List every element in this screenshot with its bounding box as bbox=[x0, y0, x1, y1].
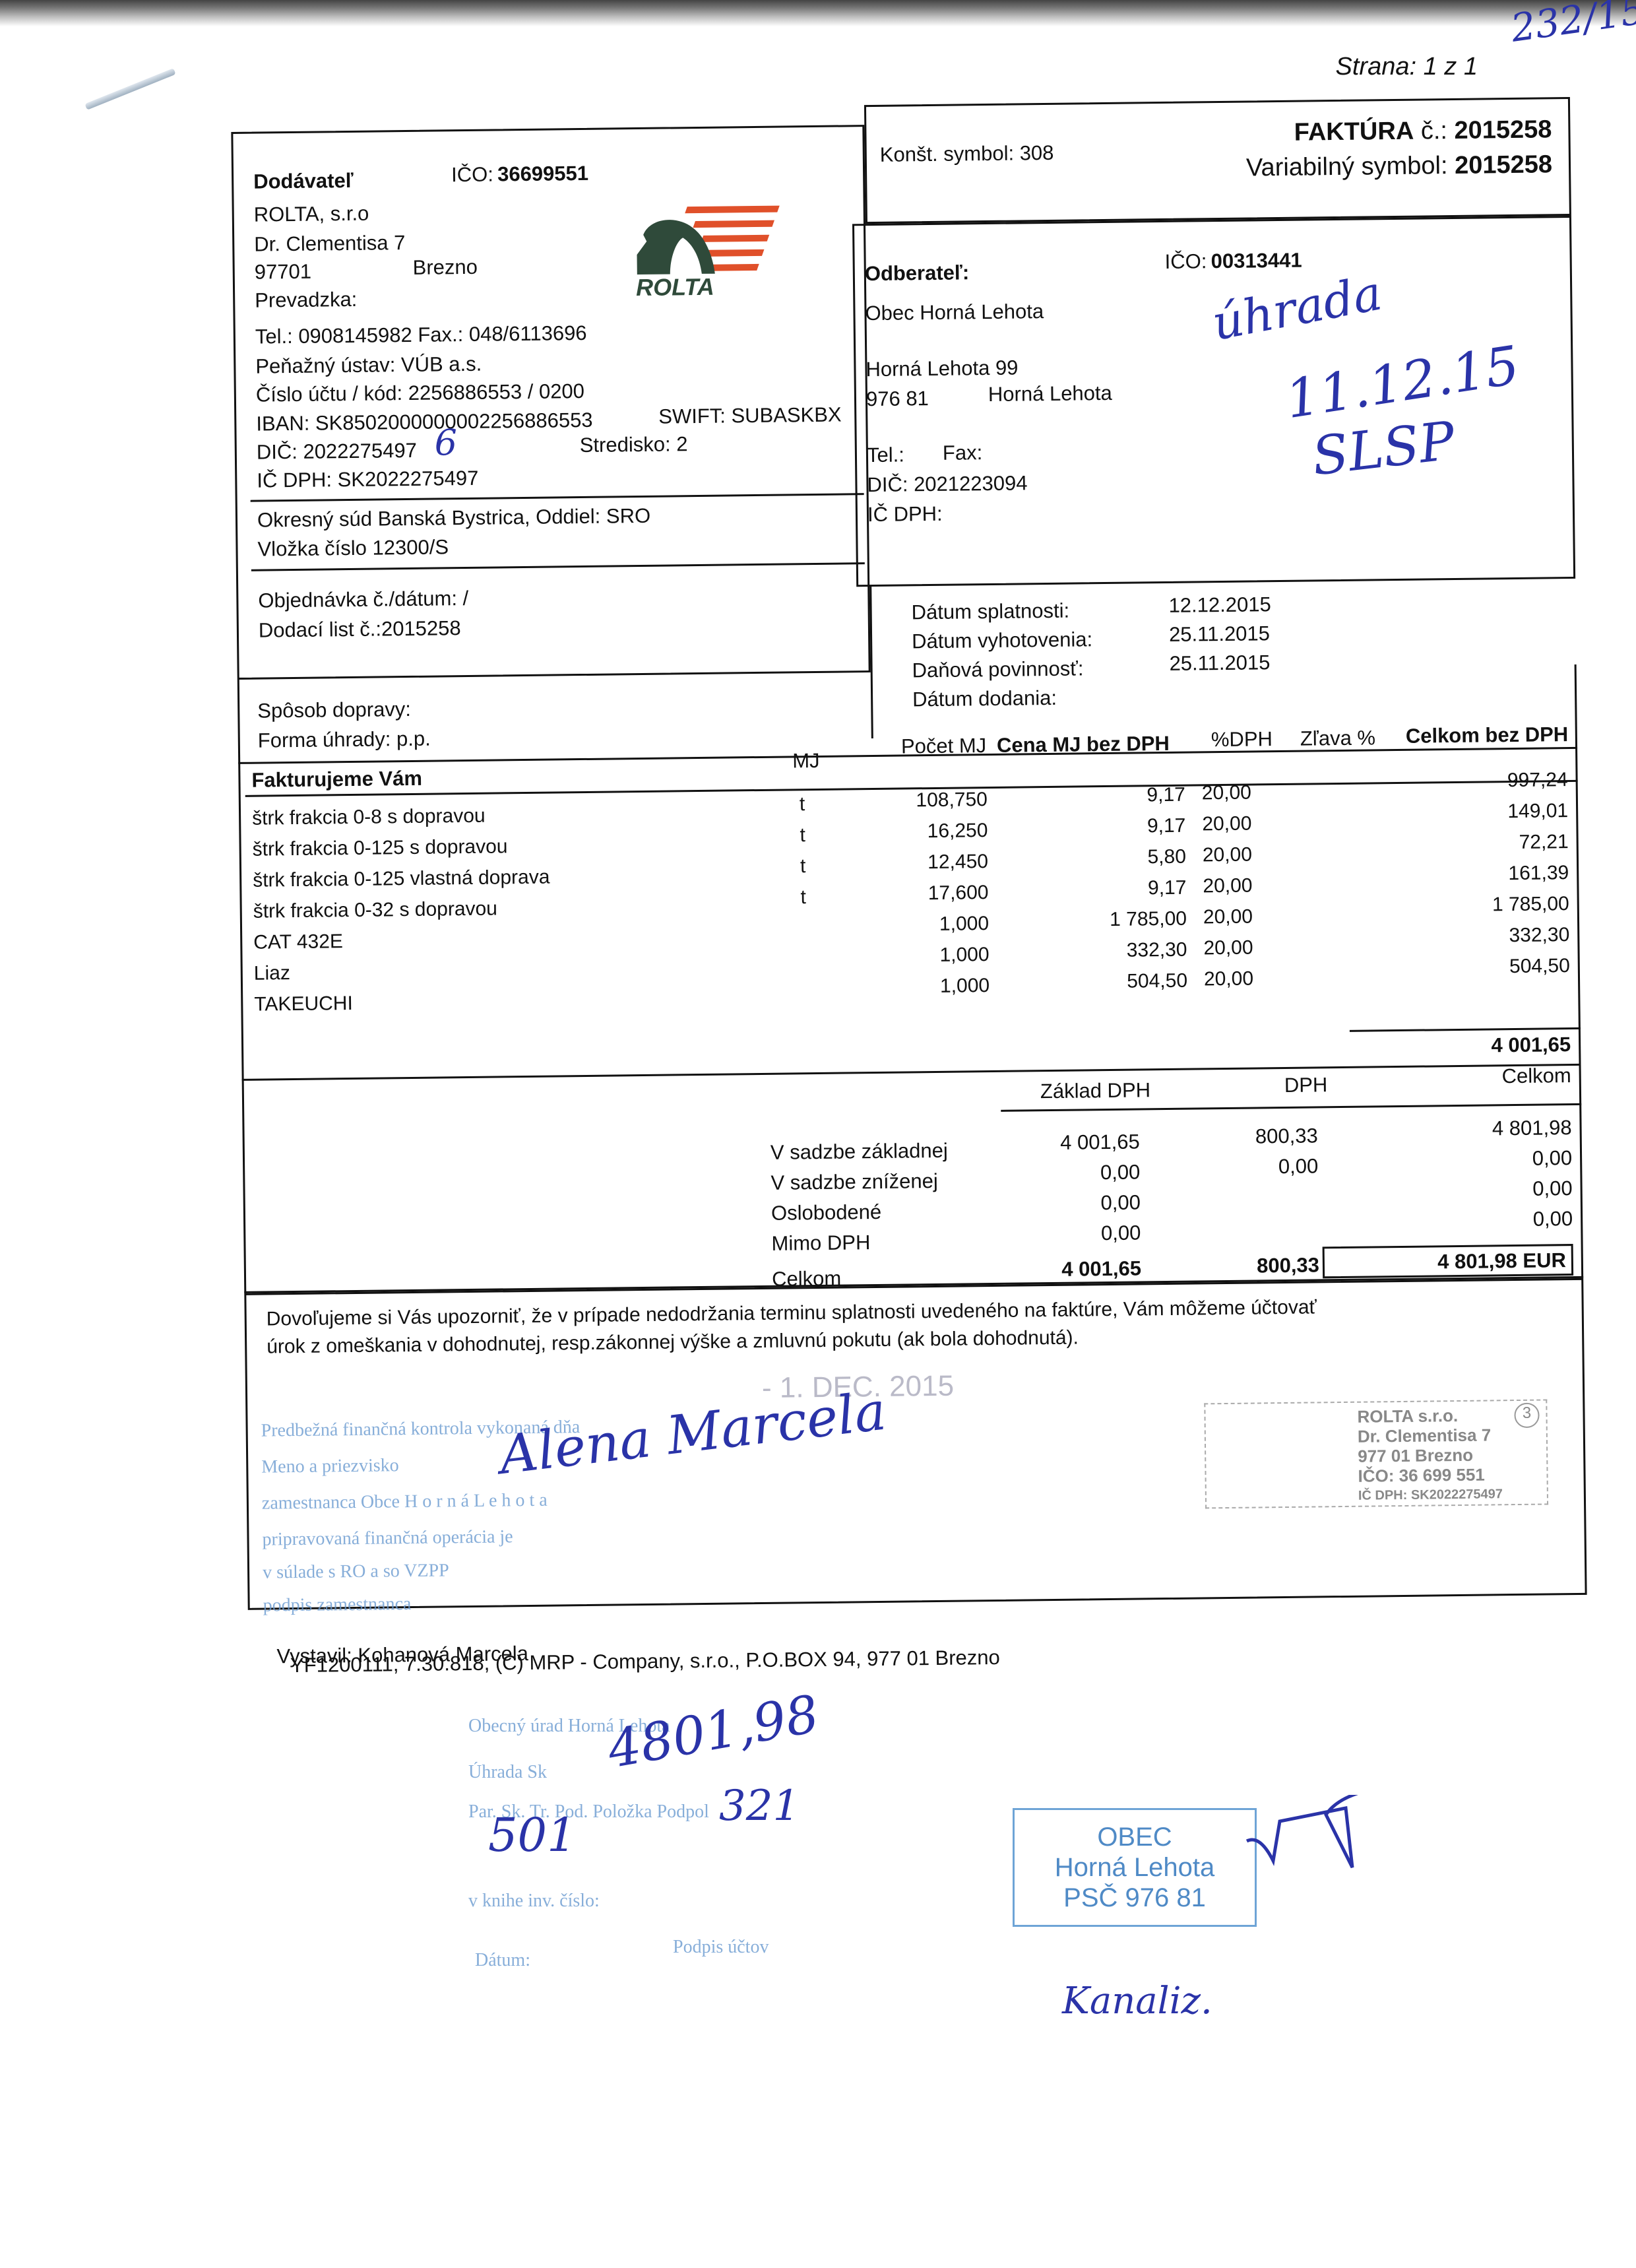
cell-price: 1 785,00 bbox=[1019, 908, 1187, 932]
cell-qty: 1,000 bbox=[873, 913, 989, 936]
supplier-phone-fax: Tel.: 0908145982 Fax.: 048/6113696 bbox=[255, 321, 587, 349]
cell-price: 504,50 bbox=[1019, 970, 1187, 994]
date-value: 12.12.2015 bbox=[1168, 593, 1271, 618]
vat-cell-base: 0,00 bbox=[1001, 1160, 1140, 1185]
cell-desc: CAT 432E bbox=[253, 930, 343, 954]
handwritten-control-signature: Alena Marcela bbox=[496, 1380, 889, 1486]
accounting-stamp-line-6: Dátum: bbox=[475, 1950, 530, 1971]
handwritten-payment-amount: 4801,98 bbox=[604, 1685, 823, 1780]
supplier-stamp-line-1: ROLTA s.r.o. bbox=[1357, 1405, 1539, 1427]
handwritten-checker: Kanaliz. bbox=[1062, 1980, 1212, 2023]
scan-edge bbox=[0, 0, 1636, 26]
order-number: Objednávka č./dátum: / bbox=[258, 587, 468, 613]
items-header-discount: Zľava % bbox=[1300, 726, 1376, 750]
supplier-account: Číslo účtu / kód: 2256886553 / 0200 bbox=[256, 379, 584, 407]
constant-symbol: Konšt. symbol: 308 bbox=[880, 141, 1054, 167]
vat-cell-label: V sadzbe zníženej bbox=[771, 1169, 938, 1195]
cell-desc: štrk frakcia 0-125 vlastná doprava bbox=[253, 866, 550, 892]
customer-dic: DIČ: 2021223094 bbox=[867, 471, 1027, 497]
customer-street: Horná Lehota 99 bbox=[865, 356, 1018, 381]
municipal-stamp: OBEC Horná Lehota PSČ 976 81 bbox=[1013, 1808, 1257, 1927]
delivery-note: Dodací list č.:2015258 bbox=[259, 616, 461, 642]
vat-header-total: Celkom bbox=[1416, 1064, 1571, 1089]
supplier-zip: 97701 bbox=[255, 260, 312, 284]
variable-symbol: Variabilný symbol: 2015258 bbox=[1246, 150, 1552, 182]
supplier-prevadzka: Prevadzka: bbox=[255, 288, 357, 313]
cell-unit: t bbox=[800, 855, 806, 878]
cell-vat: 20,00 bbox=[1203, 875, 1252, 898]
supplier-city: Brezno bbox=[412, 255, 478, 280]
staple-mark bbox=[84, 68, 175, 110]
customer-name: Obec Horná Lehota bbox=[865, 300, 1044, 325]
handwritten-account-b: 321 bbox=[719, 1782, 800, 1831]
supplier-stredisko: Stredisko: 2 bbox=[580, 432, 688, 457]
items-header-vat: %DPH bbox=[1211, 727, 1273, 752]
customer-ico-label: IČO: bbox=[1164, 249, 1207, 274]
customer-heading: Odberateľ: bbox=[865, 261, 970, 286]
variable-symbol-label: Variabilný symbol: bbox=[1246, 152, 1448, 181]
supplier-stamp-number: 3 bbox=[1514, 1403, 1539, 1428]
supplier-swift: SWIFT: SUBASKBX bbox=[658, 403, 842, 429]
supplier-ico: 36699551 bbox=[497, 162, 588, 187]
cell-price: 9,17 bbox=[1017, 815, 1185, 839]
cell-desc: Liaz bbox=[254, 962, 290, 985]
customer-zip: 976 81 bbox=[866, 387, 929, 411]
vat-header-vat: DPH bbox=[1284, 1073, 1328, 1097]
vat-cell-base: 4 001,65 bbox=[1001, 1130, 1140, 1155]
variable-symbol-value: 2015258 bbox=[1455, 150, 1552, 179]
page-info: Strana: 1 z 1 bbox=[1336, 53, 1478, 81]
cell-price: 5,80 bbox=[1018, 846, 1186, 870]
control-stamp-line-6: podpis zamestnanca bbox=[263, 1594, 412, 1617]
invoice-number: 2015258 bbox=[1454, 115, 1552, 145]
handwritten-account-a: 501 bbox=[488, 1808, 577, 1862]
control-stamp-line-4: pripravovaná finančná operácia je bbox=[262, 1526, 513, 1550]
cell-desc: štrk frakcia 0-32 s dopravou bbox=[253, 897, 498, 923]
handwritten-signature-icon bbox=[1240, 1795, 1385, 1887]
grand-total-base: 4 001,65 bbox=[1003, 1256, 1141, 1281]
items-header-desc: Fakturujeme Vám bbox=[251, 767, 422, 793]
grand-total-vat: 800,33 bbox=[1174, 1253, 1319, 1278]
handwritten-registry-number: 232/15 bbox=[1508, 0, 1636, 51]
supplier-dic: DIČ: 2022275497 bbox=[257, 439, 417, 465]
accounting-stamp-line-2: Úhrada Sk bbox=[468, 1762, 547, 1783]
divider bbox=[251, 493, 864, 502]
items-header-price: Cena MJ bez DPH bbox=[997, 732, 1170, 758]
supplier-stamp-line-2: Dr. Clementisa 7 bbox=[1358, 1425, 1540, 1446]
municipal-stamp-line-1: OBEC bbox=[1015, 1822, 1255, 1852]
customer-ico: 00313441 bbox=[1211, 249, 1302, 274]
invoice-title: FAKTÚRA č.: 2015258 bbox=[1294, 115, 1552, 146]
customer-ic-dph: IČ DPH: bbox=[867, 502, 943, 527]
supplier-stamp-line-5: IČ DPH: SK2022275497 bbox=[1358, 1484, 1540, 1506]
vat-cell-label: Mimo DPH bbox=[771, 1231, 870, 1256]
date-label: Dátum vyhotovenia: bbox=[912, 628, 1092, 653]
vat-cell-vat: 800,33 bbox=[1173, 1124, 1318, 1149]
supplier-court: Okresný súd Banská Bystrica, Oddiel: SRO bbox=[257, 504, 650, 533]
cell-qty: 16,250 bbox=[872, 820, 988, 843]
vat-cell-total: 0,00 bbox=[1404, 1207, 1573, 1233]
cell-total: 72,21 bbox=[1400, 831, 1569, 855]
municipal-stamp-line-3: PSČ 976 81 bbox=[1015, 1883, 1255, 1913]
cell-unit: t bbox=[800, 824, 805, 847]
cell-desc: štrk frakcia 0-8 s dopravou bbox=[252, 805, 486, 830]
items-header-qty: Počet MJ bbox=[901, 734, 987, 758]
customer-box: Odberateľ: IČO: 00313441 Obec Horná Leho… bbox=[852, 216, 1575, 587]
accounting-stamp-line-5: Podpis účtov bbox=[673, 1937, 769, 1958]
notice-box: Dovoľujeme si Vás upozorniť, že v prípad… bbox=[244, 1278, 1587, 1610]
cell-total: 332,30 bbox=[1401, 924, 1569, 948]
municipal-stamp-line-2: Horná Lehota bbox=[1015, 1852, 1255, 1883]
cell-desc: štrk frakcia 0-125 s dopravou bbox=[252, 835, 507, 860]
cell-total: 1 785,00 bbox=[1401, 893, 1569, 917]
cell-total: 504,50 bbox=[1402, 955, 1570, 979]
notice-line-2: úrok z omeškania v dohodnutej, resp.záko… bbox=[267, 1327, 1079, 1359]
cell-qty: 1,000 bbox=[873, 944, 989, 967]
control-stamp-line-5: v súlade s RO a so VZPP bbox=[263, 1560, 449, 1583]
vat-cell-total: 0,00 bbox=[1404, 1177, 1572, 1202]
date-label: Dátum splatnosti: bbox=[911, 599, 1069, 625]
cell-price: 9,17 bbox=[1018, 877, 1186, 901]
divider bbox=[251, 562, 865, 571]
vat-cell-vat: 0,00 bbox=[1173, 1154, 1318, 1179]
cell-price: 332,30 bbox=[1019, 939, 1187, 963]
cell-qty: 1,000 bbox=[874, 975, 990, 998]
cell-total: 161,39 bbox=[1400, 862, 1569, 886]
vat-cell-base: 0,00 bbox=[1002, 1221, 1141, 1246]
items-subtotal: 4 001,65 bbox=[1350, 1033, 1571, 1059]
control-stamp-line-2: Meno a priezvisko bbox=[261, 1455, 399, 1477]
invoice-title-label: FAKTÚRA bbox=[1294, 117, 1414, 146]
cell-vat: 20,00 bbox=[1203, 937, 1253, 960]
cell-vat: 20,00 bbox=[1202, 813, 1251, 836]
accounting-stamp-line-4: v knihe inv. číslo: bbox=[468, 1891, 600, 1912]
supplier-name: ROLTA, s.r.o bbox=[254, 202, 369, 227]
vat-header-base: Základ DPH bbox=[1040, 1078, 1151, 1103]
supplier-box: Dodávateľ IČO: 36699551 ROLTA, s.r.o Dr.… bbox=[231, 125, 870, 680]
cell-total: 997,24 bbox=[1399, 769, 1567, 793]
grand-total-amount: 4 801,98 EUR bbox=[1323, 1244, 1574, 1278]
customer-fax: Fax: bbox=[943, 441, 983, 465]
cell-qty: 17,600 bbox=[873, 882, 988, 905]
customer-city: Horná Lehota bbox=[988, 381, 1112, 406]
handwritten-iban-mark: 6 bbox=[434, 422, 457, 463]
cell-qty: 108,750 bbox=[872, 789, 988, 812]
supplier-heading: Dodávateľ bbox=[253, 169, 354, 194]
supplier-stamp: ROLTA s.r.o. Dr. Clementisa 7 977 01 Bre… bbox=[1204, 1399, 1548, 1508]
vat-cell-total: 4 801,98 bbox=[1403, 1116, 1571, 1142]
cell-vat: 20,00 bbox=[1203, 844, 1252, 867]
invoice-document: Dodávateľ IČO: 36699551 ROLTA, s.r.o Dr.… bbox=[231, 96, 1627, 1610]
vat-cell-label: V sadzbe základnej bbox=[771, 1139, 948, 1165]
cell-desc: TAKEUCHI bbox=[254, 992, 353, 1016]
control-stamp-line-3: zamestnanca Obce H o r n á L e h o t a bbox=[262, 1490, 548, 1514]
supplier-stamp-line-3: 977 01 Brezno bbox=[1358, 1444, 1540, 1466]
svg-text:ROLTA: ROLTA bbox=[636, 273, 714, 301]
cell-vat: 20,00 bbox=[1202, 782, 1251, 805]
rolta-logo-icon: ROLTA bbox=[630, 200, 790, 301]
supplier-ico-label: IČO: bbox=[451, 162, 493, 187]
cell-total: 149,01 bbox=[1400, 800, 1568, 824]
date-value: 25.11.2015 bbox=[1169, 622, 1270, 647]
items-header-total: Celkom bez DPH bbox=[1406, 723, 1569, 748]
items-header-unit: MJ bbox=[792, 749, 820, 773]
supplier-street: Dr. Clementisa 7 bbox=[254, 231, 406, 257]
invoice-header-box: Konšt. symbol: 308 FAKTÚRA č.: 2015258 V… bbox=[864, 97, 1571, 224]
invoice-number-label: č.: bbox=[1421, 117, 1448, 145]
supplier-bank: Peňažný ústav: VÚB a.s. bbox=[255, 352, 482, 379]
supplier-ic-dph: IČ DPH: SK2022275497 bbox=[257, 467, 478, 493]
customer-tel: Tel.: bbox=[867, 443, 904, 467]
cell-vat: 20,00 bbox=[1203, 906, 1253, 929]
cell-vat: 20,00 bbox=[1204, 968, 1253, 991]
vat-cell-base: 0,00 bbox=[1002, 1190, 1141, 1215]
cell-unit: t bbox=[800, 793, 805, 816]
cell-price: 9,17 bbox=[1017, 784, 1185, 808]
supplier-iban: IBAN: SK8502000000002256886553 bbox=[256, 408, 593, 436]
rolta-logo: ROLTA bbox=[630, 200, 790, 301]
supplier-stamp-line-4: IČO: 36 699 551 bbox=[1358, 1464, 1540, 1486]
handwritten-paid-note: úhrada bbox=[1208, 265, 1386, 350]
vat-cell-label: Oslobodené bbox=[771, 1200, 882, 1225]
supplier-insert: Vložka číslo 12300/S bbox=[257, 535, 449, 561]
vat-cell-total: 0,00 bbox=[1404, 1146, 1572, 1172]
cell-unit: t bbox=[800, 886, 806, 909]
cell-qty: 12,450 bbox=[873, 851, 988, 874]
notice-line-1: Dovoľujeme si Vás upozorniť, že v prípad… bbox=[267, 1296, 1317, 1330]
